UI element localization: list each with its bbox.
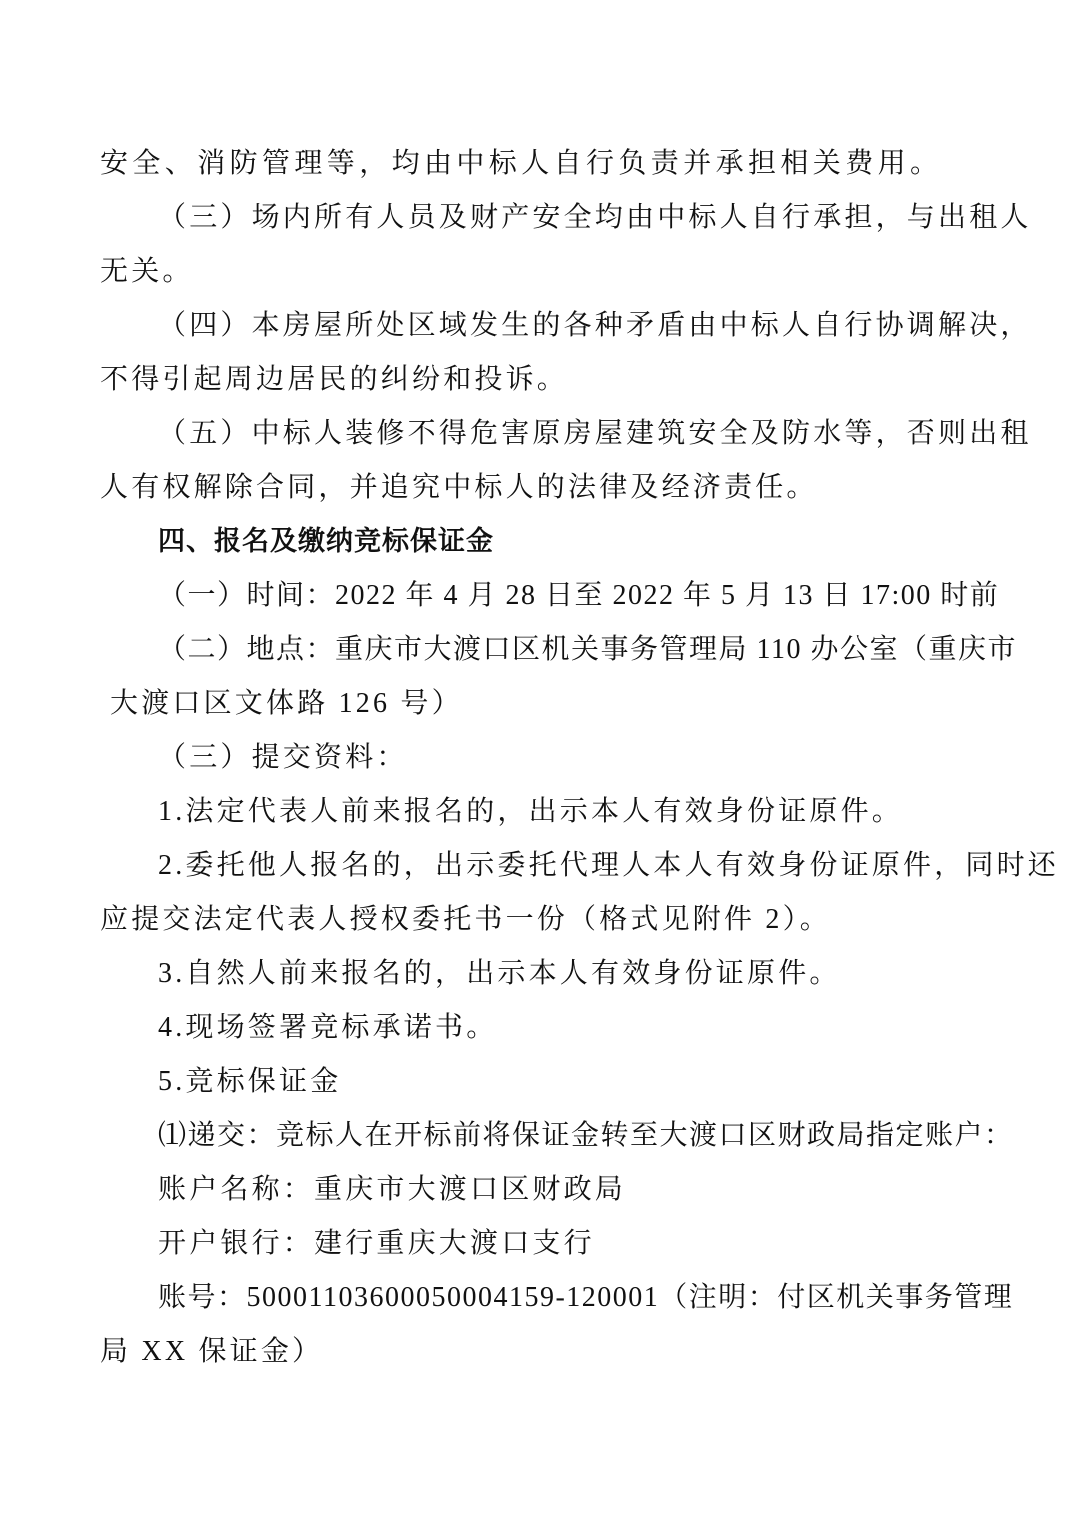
material-item-4: 4.现场签署竞标承诺书。 <box>158 1010 1038 1046</box>
material-item-1: 1.法定代表人前来报名的，出示本人有效身份证原件。 <box>158 794 1038 830</box>
account-name: 账户名称：重庆市大渡口区财政局 <box>158 1172 1038 1208</box>
bank-name: 开户银行：建行重庆大渡口支行 <box>158 1226 1038 1262</box>
paragraph-line: 无关。 <box>100 254 980 290</box>
material-item-5: 5.竞标保证金 <box>158 1064 1038 1100</box>
section-heading: 四、报名及缴纳竞标保证金 <box>158 524 1038 560</box>
materials-heading: （三）提交资料： <box>158 740 1038 776</box>
clause-five: （五）中标人装修不得危害原房屋建筑安全及防水等，否则出租 <box>158 416 1038 452</box>
registration-time: （一）时间：2022 年 4 月 28 日至 2022 年 5 月 13 日 1… <box>158 578 1038 614</box>
paragraph-line: 人有权解除合同，并追究中标人的法律及经济责任。 <box>100 470 980 506</box>
clause-four: （四）本房屋所处区域发生的各种矛盾由中标人自行协调解决， <box>158 308 1038 344</box>
paragraph-line: 应提交法定代表人授权委托书一份（格式见附件 2）。 <box>100 902 980 938</box>
paragraph-line: 不得引起周边居民的纠纷和投诉。 <box>100 362 980 398</box>
paragraph-line: 局 XX 保证金） <box>100 1334 980 1370</box>
account-number: 账号：50001103600050004159-120001（注明：付区机关事务… <box>158 1280 1038 1316</box>
deposit-submission: ⑴递交：竞标人在开标前将保证金转至大渡口区财政局指定账户： <box>158 1118 1038 1154</box>
clause-three: （三）场内所有人员及财产安全均由中标人自行承担，与出租人 <box>158 200 1038 236</box>
paragraph-line: 安全、消防管理等，均由中标人自行负责并承担相关费用。 <box>100 146 980 182</box>
document-page: 安全、消防管理等，均由中标人自行负责并承担相关费用。 （三）场内所有人员及财产安… <box>0 0 1074 1520</box>
paragraph-line: 大渡口区文体路 126 号） <box>110 686 990 722</box>
registration-location: （二）地点：重庆市大渡口区机关事务管理局 110 办公室（重庆市 <box>158 632 1038 668</box>
material-item-2: 2.委托他人报名的，出示委托代理人本人有效身份证原件，同时还 <box>158 848 1038 884</box>
material-item-3: 3.自然人前来报名的，出示本人有效身份证原件。 <box>158 956 1038 992</box>
